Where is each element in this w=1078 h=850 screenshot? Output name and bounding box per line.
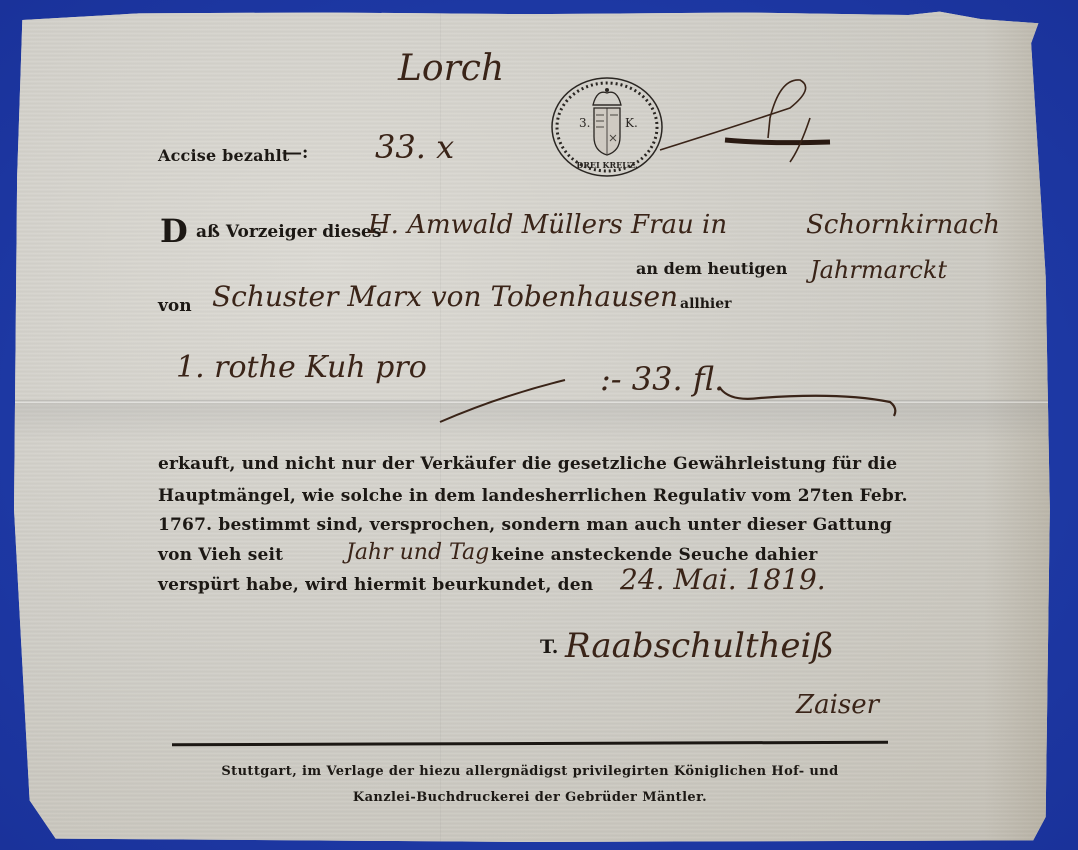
seller-handwritten: Schuster Marx von Tobenhausen xyxy=(212,280,678,313)
signature-line-1: Raabschultheiß xyxy=(565,626,834,666)
excise-amount-handwritten: 33. x xyxy=(375,128,454,166)
dropcap: D xyxy=(160,212,188,250)
signature-prefix: T. xyxy=(540,636,558,658)
paragraph-line-5: verspürt habe, wird hiermit beurkundet, … xyxy=(158,575,593,595)
excise-label: Accise bezahlt xyxy=(158,146,289,165)
buyer-town-handwritten: Schornkirnach xyxy=(806,210,1000,240)
price-handwritten: :- 33. fl. xyxy=(600,360,724,398)
market-handwritten: Jahrmarckt xyxy=(810,256,947,284)
paragraph-line-1: erkauft, und nicht nur der Verkäufer die… xyxy=(158,454,897,474)
paragraph-line-3: 1767. bestimmt sind, versprochen, sonder… xyxy=(158,515,892,535)
cancellation-flourish-icon xyxy=(650,78,840,168)
paragraph-line-2: Hauptmängel, wie solche in dem landesher… xyxy=(158,486,908,506)
von-print: von xyxy=(158,296,192,316)
price-flourish-icon xyxy=(720,380,900,420)
imprint-line-1: Stuttgart, im Verlage der hiezu allergnä… xyxy=(172,764,888,779)
allhier-print: allhier xyxy=(680,296,732,312)
imprint-line-2: Kanzlei-Buchdruckerei der Gebrüder Mäntl… xyxy=(172,790,888,805)
date-handwritten: 24. Mai. 1819. xyxy=(620,563,826,596)
svg-text:DREI KREUZ.: DREI KREUZ. xyxy=(576,160,638,170)
svg-text:K.: K. xyxy=(625,116,638,130)
buyer-handwritten: H. Amwald Müllers Frau in xyxy=(368,210,727,240)
excise-separator: —: xyxy=(285,143,308,163)
heutigen-print: an dem heutigen xyxy=(636,259,787,278)
signature-line-2: Zaiser xyxy=(796,690,879,720)
body-line1-print: aß Vorzeiger dieses xyxy=(196,222,381,242)
since-fill-handwritten: Jahr und Tag xyxy=(346,540,489,565)
tax-stamp-icon: 3. K. DREI KREUZ. xyxy=(549,75,665,179)
item-handwritten: 1. rothe Kuh pro xyxy=(176,350,427,385)
price-lead-stroke-icon xyxy=(430,378,570,428)
svg-text:3.: 3. xyxy=(579,116,590,130)
place-name-handwritten: Lorch xyxy=(398,48,504,89)
